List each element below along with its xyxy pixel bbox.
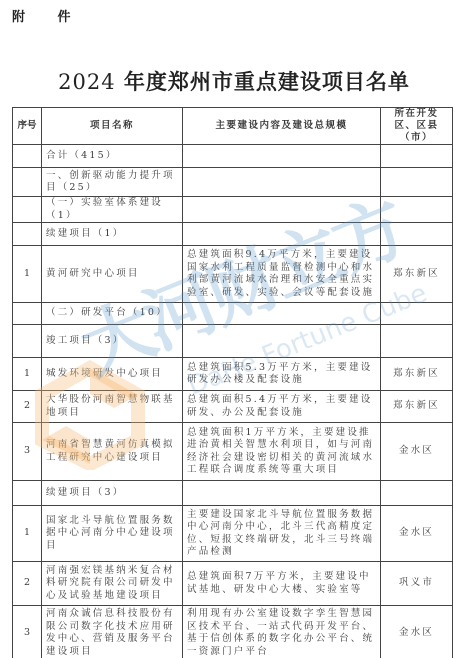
row-number (13, 481, 42, 506)
row-number (13, 197, 42, 223)
project-name: （一）实验室体系建设（1） (42, 197, 183, 223)
project-name: 河南省智慧黄河仿真模拟工程研究中心建设项目 (42, 423, 183, 481)
row-number (13, 303, 42, 325)
project-location (381, 303, 453, 325)
project-name: 河南强宏镁基纳米复合材料研究院有限公司研发中心及试验基地建设项目 (42, 562, 183, 606)
table-row: 3河南省智慧黄河仿真模拟工程研究中心建设项目总建筑面积1万平方米，主要建设推进治… (13, 423, 453, 481)
table-row: 合计（415） (13, 145, 453, 168)
row-number: 2 (13, 391, 42, 423)
table-row: 1城发环境研发中心项目总建筑面积5.3万平方米，主要建设研发办公楼及配套设施郑东… (13, 358, 453, 391)
project-location (381, 325, 453, 358)
project-description: 利用现有办公室建设数字孪生智慧园区技术平台、一站式代码开发平台、基于信创体系的数… (183, 606, 381, 658)
project-description (183, 223, 381, 246)
row-number (13, 223, 42, 246)
table-row: 1国家北斗导航位置服务数据中心河南分中心建设项目主要建设国家北斗导航位置服务数据… (13, 506, 453, 562)
row-number: 1 (13, 358, 42, 391)
project-name: 城发环境研发中心项目 (42, 358, 183, 391)
table-row: 竣工项目（3） (13, 325, 453, 358)
row-number: 1 (13, 246, 42, 303)
project-table: 序号 项目名称 主要建设内容及建设总规模 所在开发区、区县（市） 合计（415）… (12, 107, 453, 658)
attachment-label: 附 件 (12, 6, 85, 25)
project-description: 总建筑面积7万平方米，主要建设中试基地、研发中心大楼、实验室等 (183, 562, 381, 606)
title-text: 年度郑州市重点建设项目名单 (124, 69, 410, 94)
project-location (381, 197, 453, 223)
title-year: 2024 (58, 70, 115, 94)
project-location (381, 168, 453, 197)
project-description (183, 481, 381, 506)
project-name: 大华股份河南智慧物联基地项目 (42, 391, 183, 423)
project-location: 郑东新区 (381, 391, 453, 423)
table-row: 一、创新驱动能力提升项目（25） (13, 168, 453, 197)
project-description: 总建筑面积5.3万平方米，主要建设研发办公楼及配套设施 (183, 358, 381, 391)
page-title: 2024 年度郑州市重点建设项目名单 (0, 66, 468, 96)
project-location: 郑东新区 (381, 358, 453, 391)
table-header-row: 序号 项目名称 主要建设内容及建设总规模 所在开发区、区县（市） (13, 108, 453, 145)
project-description (183, 197, 381, 223)
project-name: 续建项目（3） (42, 481, 183, 506)
table-row: 续建项目（3） (13, 481, 453, 506)
project-location: 金水区 (381, 506, 453, 562)
project-name: （二）研发平台（10） (42, 303, 183, 325)
project-location: 郑东新区 (381, 246, 453, 303)
project-location: 巩义市 (381, 562, 453, 606)
col-header-desc: 主要建设内容及建设总规模 (183, 108, 381, 145)
row-number (13, 145, 42, 168)
project-location: 金水区 (381, 606, 453, 658)
project-description (183, 325, 381, 358)
col-header-no: 序号 (13, 108, 42, 145)
project-description: 主要建设国家北斗导航位置服务数据中心河南分中心，北斗三代高精度定位、短报文终端研… (183, 506, 381, 562)
table-row: 2河南强宏镁基纳米复合材料研究院有限公司研发中心及试验基地建设项目总建筑面积7万… (13, 562, 453, 606)
project-description (183, 168, 381, 197)
project-name: 一、创新驱动能力提升项目（25） (42, 168, 183, 197)
project-description (183, 303, 381, 325)
project-name: 竣工项目（3） (42, 325, 183, 358)
project-location (381, 145, 453, 168)
project-name: 黄河研究中心项目 (42, 246, 183, 303)
project-description: 总建筑面积1万平方米，主要建设推进治黄相关智慧水利项目，如与河南经济社会建设密切… (183, 423, 381, 481)
row-number: 3 (13, 606, 42, 658)
row-number (13, 325, 42, 358)
project-name: 合计（415） (42, 145, 183, 168)
project-location (381, 481, 453, 506)
project-name: 续建项目（1） (42, 223, 183, 246)
table-row: 1黄河研究中心项目总建筑面积9.4万平方米，主要建设国家水利工程质量监督检测中心… (13, 246, 453, 303)
project-name: 河南众诚信息科技股份有限公司数字化技术应用研发中心、营销及服务平台建设项目 (42, 606, 183, 658)
row-number: 3 (13, 423, 42, 481)
table-row: （二）研发平台（10） (13, 303, 453, 325)
row-number: 2 (13, 562, 42, 606)
col-header-name: 项目名称 (42, 108, 183, 145)
project-description (183, 145, 381, 168)
project-location (381, 223, 453, 246)
project-description: 总建筑面积9.4万平方米，主要建设国家水利工程质量监督检测中心和水利部黄河流域水… (183, 246, 381, 303)
project-name: 国家北斗导航位置服务数据中心河南分中心建设项目 (42, 506, 183, 562)
project-location: 金水区 (381, 423, 453, 481)
table-row: 续建项目（1） (13, 223, 453, 246)
table-row: （一）实验室体系建设（1） (13, 197, 453, 223)
table-row: 3河南众诚信息科技股份有限公司数字化技术应用研发中心、营销及服务平台建设项目利用… (13, 606, 453, 658)
project-description: 总建筑面积5.4万平方米，主要建设研发、办公及配套设施 (183, 391, 381, 423)
table-row: 2大华股份河南智慧物联基地项目总建筑面积5.4万平方米，主要建设研发、办公及配套… (13, 391, 453, 423)
row-number (13, 168, 42, 197)
col-header-location: 所在开发区、区县（市） (381, 108, 453, 145)
row-number: 1 (13, 506, 42, 562)
